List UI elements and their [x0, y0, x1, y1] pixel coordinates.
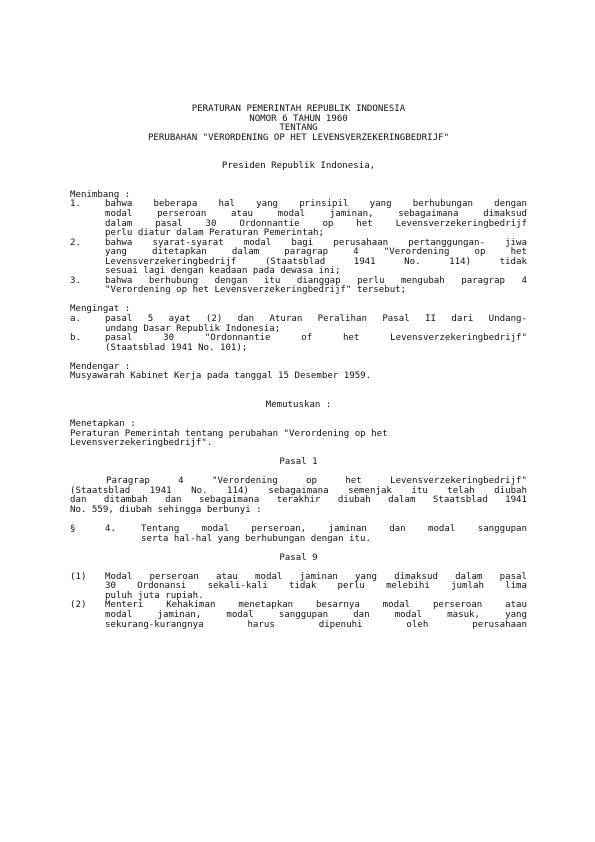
text-line: "Verordening op het Levensverzekeringbed… — [105, 286, 527, 296]
pasal-1-heading: Pasal 1 — [70, 458, 527, 468]
menetapkan-text-line: Levensverzekeringbedrijf". — [70, 439, 527, 449]
section-number: 4. — [105, 525, 141, 544]
text-line: sekurang-kurangnya harus dipenuhi oleh p… — [105, 621, 527, 631]
item-number: 2. — [70, 239, 105, 277]
item-number: (2) — [70, 601, 105, 630]
section-paragraph-4: § 4. Tentang modal perseroan, jaminan da… — [70, 525, 527, 544]
menimbang-item-3: 3. bahwa berhubung dengan itu dianggap p… — [70, 277, 527, 296]
section-symbol: § — [70, 525, 105, 544]
text-line: serta hal-hal yang berhubungan dengan it… — [141, 535, 527, 545]
pasal-9-heading: Pasal 9 — [70, 554, 527, 564]
mendengar-text: Musyawarah Kabinet Kerja pada tanggal 15… — [70, 372, 527, 382]
mengingat-item-b: b. pasal 30 "Ordonnantie of het Levensve… — [70, 334, 527, 353]
menimbang-item-2: 2. bahwa syarat-syarat modal bagi perusa… — [70, 239, 527, 277]
item-number: 3. — [70, 277, 105, 296]
document-page: PERATURAN PEMERINTAH REPUBLIK INDONESIA … — [70, 105, 527, 630]
pasal-1-text-line: No. 559, diubah sehingga berbunyi : — [70, 506, 527, 516]
item-number: (1) — [70, 573, 105, 602]
menimbang-item-1: 1. bahwa beberapa hal yang prinsipil yan… — [70, 200, 527, 238]
mengingat-item-a: a. pasal 5 ayat (2) dan Aturan Peralihan… — [70, 315, 527, 334]
item-letter: a. — [70, 315, 105, 334]
memutuskan-heading: Memutuskan : — [70, 401, 527, 411]
title-line-4: PERUBAHAN "VERORDENING OP HET LEVENSVERZ… — [70, 134, 527, 144]
text-line: (Staatsblad 1941 No. 101); — [105, 344, 527, 354]
president-line: Presiden Republik Indonesia, — [70, 162, 527, 172]
pasal-9-item-1: (1) Modal perseroan atau modal jaminan y… — [70, 573, 527, 602]
pasal-9-item-2: (2) Menteri Kehakiman menetapkan besarny… — [70, 601, 527, 630]
item-letter: b. — [70, 334, 105, 353]
item-number: 1. — [70, 200, 105, 238]
